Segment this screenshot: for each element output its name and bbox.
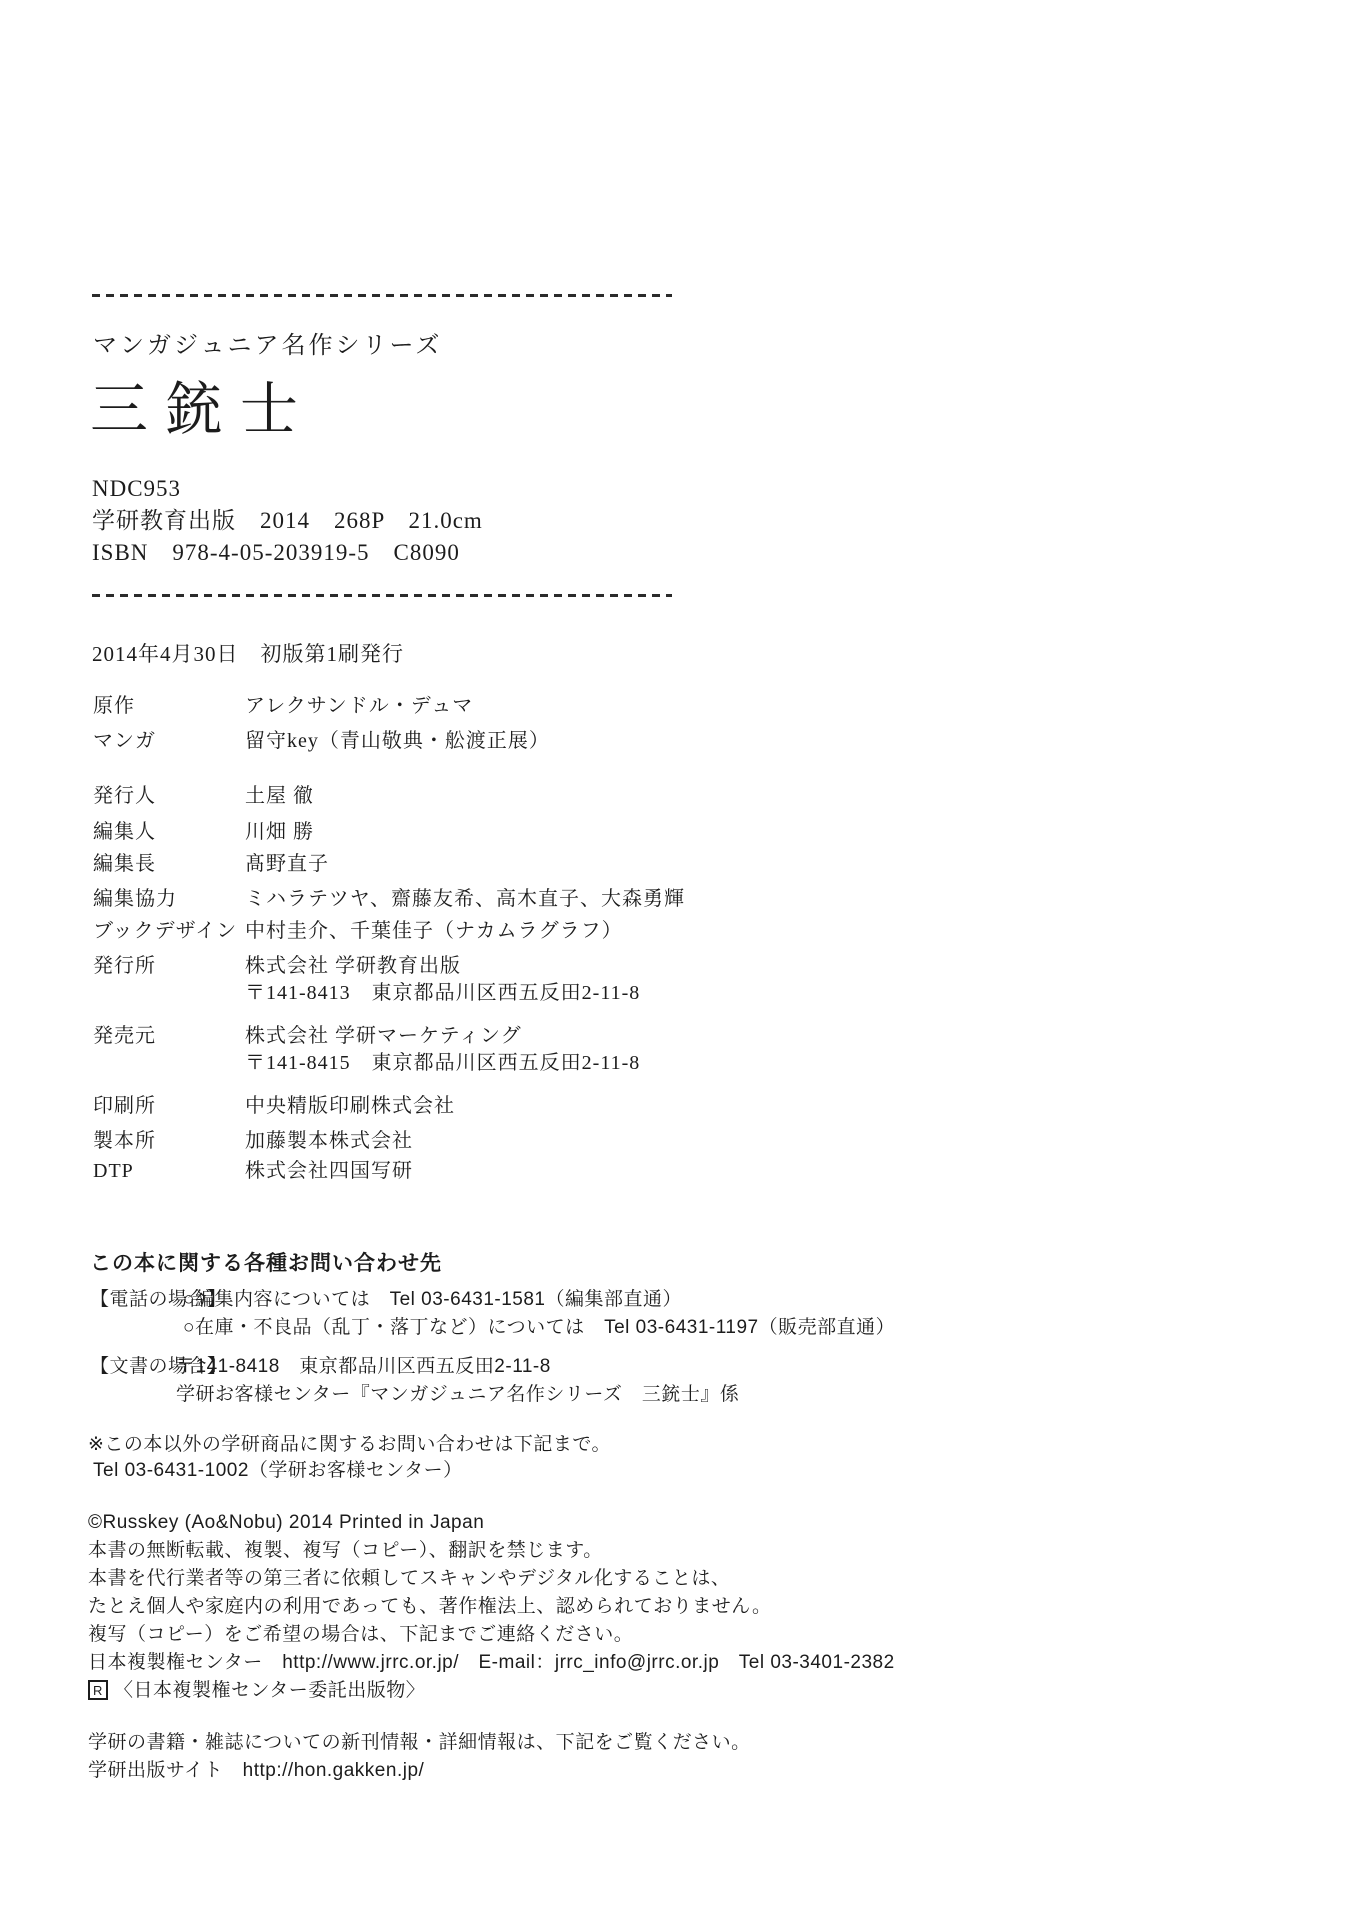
credit-row-publisher-person: 発行人 土屋 徹 bbox=[93, 783, 314, 810]
credit-row-sales-agency: 発売元 株式会社 学研マーケティング 〒141-8415 東京都品川区西五反田2… bbox=[93, 1023, 640, 1077]
copyright-line: ©Russkey (Ao&Nobu) 2014 Printed in Japan bbox=[88, 1509, 895, 1537]
contact-heading: この本に関する各種お問い合わせ先 bbox=[90, 1247, 442, 1277]
credit-row-original-author: 原作 アレクサンドル・デュマ bbox=[93, 693, 473, 720]
contact-phone-line: ○在庫・不良品（乱丁・落丁など）については Tel 03-6431-1197（販… bbox=[183, 1312, 895, 1339]
credit-label: 編集長 bbox=[93, 851, 245, 878]
book-title: 三銃士 bbox=[90, 381, 315, 439]
credit-value-line: 株式会社 学研教育出版 bbox=[245, 953, 640, 980]
bibliographic-block: NDC953 学研教育出版 2014 268P 21.0cm ISBN 978-… bbox=[92, 473, 483, 569]
credit-value: 中央精版印刷株式会社 bbox=[245, 1093, 455, 1120]
credit-value: 留守key（青山敬典・舩渡正展） bbox=[245, 728, 550, 755]
series-label: マンガジュニア名作シリーズ bbox=[93, 325, 442, 360]
other-products-tel: Tel 03-6431-1002（学研お客様センター） bbox=[93, 1455, 463, 1482]
credit-row-bookbinder: 製本所 加藤製本株式会社 bbox=[93, 1128, 413, 1155]
credit-value: 中村圭介、千葉佳子（ナカムラグラフ） bbox=[245, 918, 623, 945]
credit-value: 川畑 勝 bbox=[245, 819, 314, 846]
legal-line: 本書を代行業者等の第三者に依頼してスキャンやデジタル化することは、 bbox=[88, 1565, 895, 1593]
legal-line: 日本複製権センター http://www.jrrc.or.jp/ E-mail：… bbox=[88, 1649, 895, 1677]
credit-row-editor-person: 編集人 川畑 勝 bbox=[93, 819, 314, 846]
jrrc-note: 〈日本複製権センター委託出版物〉 bbox=[114, 1680, 425, 1701]
credit-value-line: 〒141-8415 東京都品川区西五反田2-11-8 bbox=[245, 1050, 640, 1077]
isbn-line: ISBN 978-4-05-203919-5 C8090 bbox=[92, 537, 483, 569]
jrrc-r-mark-icon: R bbox=[88, 1680, 108, 1700]
credit-row-manga-artist: マンガ 留守key（青山敬典・舩渡正展） bbox=[93, 728, 550, 755]
credit-label: 編集協力 bbox=[93, 886, 245, 913]
credit-row-editorial-cooperation: 編集協力 ミハラテツヤ、齋藤友希、高木直子、大森勇輝 bbox=[93, 886, 685, 913]
ndc-line: NDC953 bbox=[92, 473, 483, 505]
credit-label: 発売元 bbox=[93, 1023, 245, 1050]
credit-label: マンガ bbox=[93, 728, 245, 755]
credit-label: 発行所 bbox=[93, 953, 245, 980]
colophon-page: マンガジュニア名作シリーズ 三銃士 NDC953 学研教育出版 2014 268… bbox=[0, 0, 1360, 1920]
legal-block: ©Russkey (Ao&Nobu) 2014 Printed in Japan… bbox=[88, 1509, 895, 1705]
credit-label: 印刷所 bbox=[93, 1093, 245, 1120]
credit-value: アレクサンドル・デュマ bbox=[245, 693, 473, 720]
credit-value-line: 株式会社 学研マーケティング bbox=[245, 1023, 640, 1050]
divider-top bbox=[92, 294, 672, 297]
contact-mail-line: 〒141-8418 東京都品川区西五反田2-11-8 bbox=[176, 1351, 551, 1378]
legal-line: 複写（コピー）をご希望の場合は、下記までご連絡ください。 bbox=[88, 1621, 895, 1649]
divider-bottom bbox=[92, 594, 672, 597]
credit-row-chief-editor: 編集長 髙野直子 bbox=[93, 851, 329, 878]
credit-label: 原作 bbox=[93, 693, 245, 720]
credit-value: 株式会社四国写研 bbox=[245, 1158, 413, 1185]
new-publications-note: 学研の書籍・雑誌についての新刊情報・詳細情報は、下記をご覧ください。 bbox=[88, 1729, 751, 1757]
credit-label: DTP bbox=[93, 1158, 245, 1185]
credit-row-printer: 印刷所 中央精版印刷株式会社 bbox=[93, 1093, 455, 1120]
publisher-site-line: 学研出版サイト http://hon.gakken.jp/ bbox=[88, 1757, 751, 1785]
credit-label: 編集人 bbox=[93, 819, 245, 846]
credit-value: 株式会社 学研教育出版 〒141-8413 東京都品川区西五反田2-11-8 bbox=[245, 953, 640, 1007]
credit-label: ブックデザイン bbox=[93, 918, 245, 945]
publisher-line: 学研教育出版 2014 268P 21.0cm bbox=[92, 505, 483, 537]
contact-mail-line: 学研お客様センター『マンガジュニア名作シリーズ 三銃士』係 bbox=[176, 1379, 739, 1406]
legal-line: たとえ個人や家庭内の利用であっても、著作権法上、認められておりません。 bbox=[88, 1593, 895, 1621]
credit-value: 加藤製本株式会社 bbox=[245, 1128, 413, 1155]
credit-value: 株式会社 学研マーケティング 〒141-8415 東京都品川区西五反田2-11-… bbox=[245, 1023, 640, 1077]
credit-row-publishing-office: 発行所 株式会社 学研教育出版 〒141-8413 東京都品川区西五反田2-11… bbox=[93, 953, 640, 1007]
credit-label: 製本所 bbox=[93, 1128, 245, 1155]
footer-block: 学研の書籍・雑誌についての新刊情報・詳細情報は、下記をご覧ください。 学研出版サ… bbox=[88, 1729, 751, 1785]
credit-label: 発行人 bbox=[93, 783, 245, 810]
other-products-note: ※この本以外の学研商品に関するお問い合わせは下記まで。 bbox=[88, 1429, 611, 1456]
legal-line: 本書の無断転載、複製、複写（コピー）、翻訳を禁じます。 bbox=[88, 1537, 895, 1565]
credit-value: 土屋 徹 bbox=[245, 783, 314, 810]
credit-value: 髙野直子 bbox=[245, 851, 329, 878]
credit-value: ミハラテツヤ、齋藤友希、高木直子、大森勇輝 bbox=[245, 886, 685, 913]
credit-row-dtp: DTP 株式会社四国写研 bbox=[93, 1158, 413, 1185]
contact-phone-line: ○編集内容については Tel 03-6431-1581（編集部直通） bbox=[183, 1284, 682, 1311]
edition-line: 2014年4月30日 初版第1刷発行 bbox=[92, 638, 404, 668]
credit-row-book-design: ブックデザイン 中村圭介、千葉佳子（ナカムラグラフ） bbox=[93, 918, 623, 945]
jrrc-line: R〈日本複製権センター委託出版物〉 bbox=[88, 1677, 895, 1705]
credit-value-line: 〒141-8413 東京都品川区西五反田2-11-8 bbox=[245, 980, 640, 1007]
